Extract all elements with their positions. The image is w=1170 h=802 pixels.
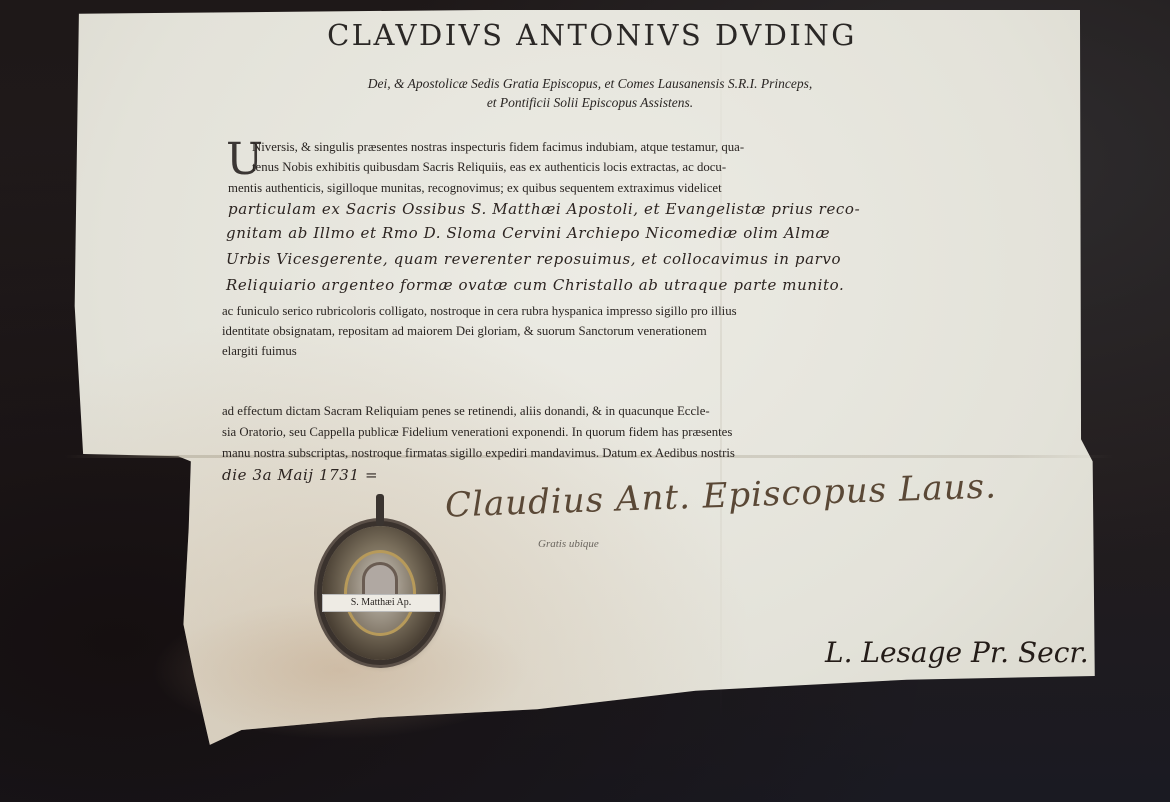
text-line-handwritten: gnitam ab Illmo et Rmo D. Sloma Cervini … xyxy=(226,224,830,242)
gratis-note: Gratis ubique xyxy=(538,538,599,550)
text-line-handwritten: particulam ex Sacris Ossibus S. Matthæi … xyxy=(228,200,860,218)
subtitle-line-2: et Pontificii Solii Episcopus Assistens. xyxy=(240,93,940,112)
text-line: sia Oratorio, seu Cappella publicæ Fidel… xyxy=(222,425,732,440)
relic-label: S. Matthæi Ap. xyxy=(322,594,440,612)
text-line: Niversis, & singulis præsentes nostras i… xyxy=(252,140,744,155)
document-subtitle: Dei, & Apostolicæ Sedis Gratia Episcopus… xyxy=(240,74,940,112)
reliquary-loop xyxy=(376,494,384,526)
vertical-fold-crease xyxy=(720,20,722,720)
text-line: tenus Nobis exhibitis quibusdam Sacris R… xyxy=(252,160,726,175)
date-line: die 3a Maij 1731 = xyxy=(222,466,378,484)
text-line-handwritten: Reliquiario argenteo formæ ovatæ cum Chr… xyxy=(226,276,844,294)
text-line: manu nostra subscriptas, nostroque firma… xyxy=(222,446,735,461)
text-line: elargiti fuimus xyxy=(222,344,297,359)
text-line-handwritten: Urbis Vicesgerente, quam reverenter repo… xyxy=(226,250,841,268)
text-line: ac funiculo serico rubricoloris colligat… xyxy=(222,304,737,319)
text-line: mentis authenticis, sigilloque munitas, … xyxy=(228,181,722,196)
subtitle-line-1: Dei, & Apostolicæ Sedis Gratia Episcopus… xyxy=(240,74,940,93)
document-title: CLAVDIVS ANTONIVS DVDING xyxy=(222,18,962,52)
secretary-signature: L. Lesage Pr. Secr. xyxy=(825,636,1089,669)
text-line: identitate obsignatam, repositam ad maio… xyxy=(222,324,707,339)
reliquary-locket: S. Matthæi Ap. xyxy=(322,526,438,660)
text-line: ad effectum dictam Sacram Reliquiam pene… xyxy=(222,404,710,419)
